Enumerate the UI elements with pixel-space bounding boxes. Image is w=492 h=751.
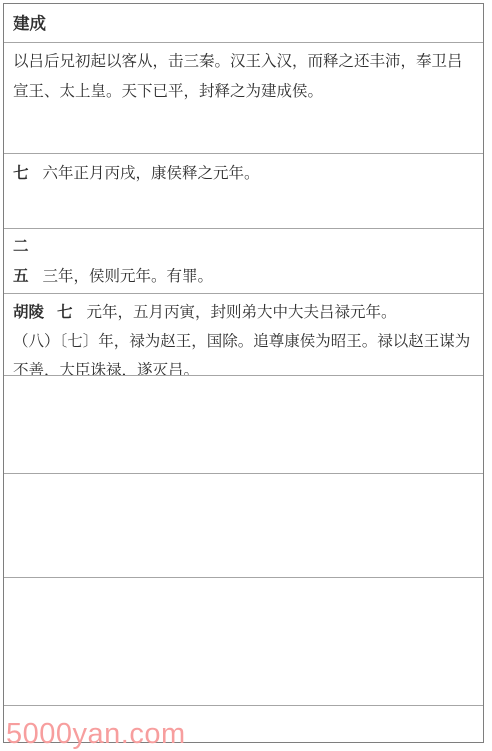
marquis-genealogy-table: 建成 以吕后兄初起以客从，击三秦。汉王入汉，而释之还丰沛，奉卫吕 宣王、太上皇。… — [3, 3, 484, 743]
empty-row-3 — [4, 578, 483, 706]
empty-row-2 — [4, 474, 483, 578]
hulin-fief-name: 胡陵 — [13, 298, 44, 327]
hulin-note-1: 元年，五月丙寅，封则弟大中大夫吕禄元年。 — [87, 304, 397, 321]
hulin-years-count: 七 — [57, 298, 73, 327]
merit-line-2: 宣王、太上皇。天下已平，封释之为建成侯。 — [13, 77, 477, 107]
hulin-line-1: 胡陵七元年，五月丙寅，封则弟大中大夫吕禄元年。 — [13, 298, 477, 327]
hulin-line-2: （八）〔七〕年，禄为赵王，国除。追尊康侯为昭王。禄以赵王谋为 — [13, 327, 477, 356]
page: 建成 以吕后兄初起以客从，击三秦。汉王入汉，而释之还丰沛，奉卫吕 宣王、太上皇。… — [0, 0, 492, 751]
merit-line-1: 以吕后兄初起以客从，击三秦。汉王入汉，而释之还丰沛，奉卫吕 — [13, 47, 477, 77]
houze-note-line: 五三年，侯则元年。有罪。 — [13, 262, 477, 292]
houze-years-count-2: 五 — [13, 262, 29, 292]
site-watermark: 5000yan.com — [6, 719, 186, 749]
houze-years-count-1: 二 — [13, 232, 29, 262]
empty-row-1 — [4, 376, 483, 474]
hulin-line-3: 不善，大臣诛禄，遂灭吕。 — [13, 356, 477, 376]
kanghou-reign-row: 七六年正月丙戌，康侯释之元年。 — [4, 154, 483, 229]
hulin-row: 胡陵七元年，五月丙寅，封则弟大中大夫吕禄元年。 （八）〔七〕年，禄为赵王，国除。… — [4, 294, 483, 376]
houze-years-line: 二 — [13, 232, 477, 262]
fief-name-row: 建成 — [4, 4, 483, 43]
fief-name: 建成 — [13, 14, 46, 33]
kanghou-years-count: 七 — [13, 159, 29, 189]
merit-description-row: 以吕后兄初起以客从，击三秦。汉王入汉，而释之还丰沛，奉卫吕 宣王、太上皇。天下已… — [4, 43, 483, 154]
kanghou-note: 六年正月丙戌，康侯释之元年。 — [43, 165, 260, 182]
houze-reign-row: 二 五三年，侯则元年。有罪。 — [4, 229, 483, 294]
kanghou-reign-line: 七六年正月丙戌，康侯释之元年。 — [13, 159, 477, 189]
houze-note: 三年，侯则元年。有罪。 — [43, 268, 214, 285]
